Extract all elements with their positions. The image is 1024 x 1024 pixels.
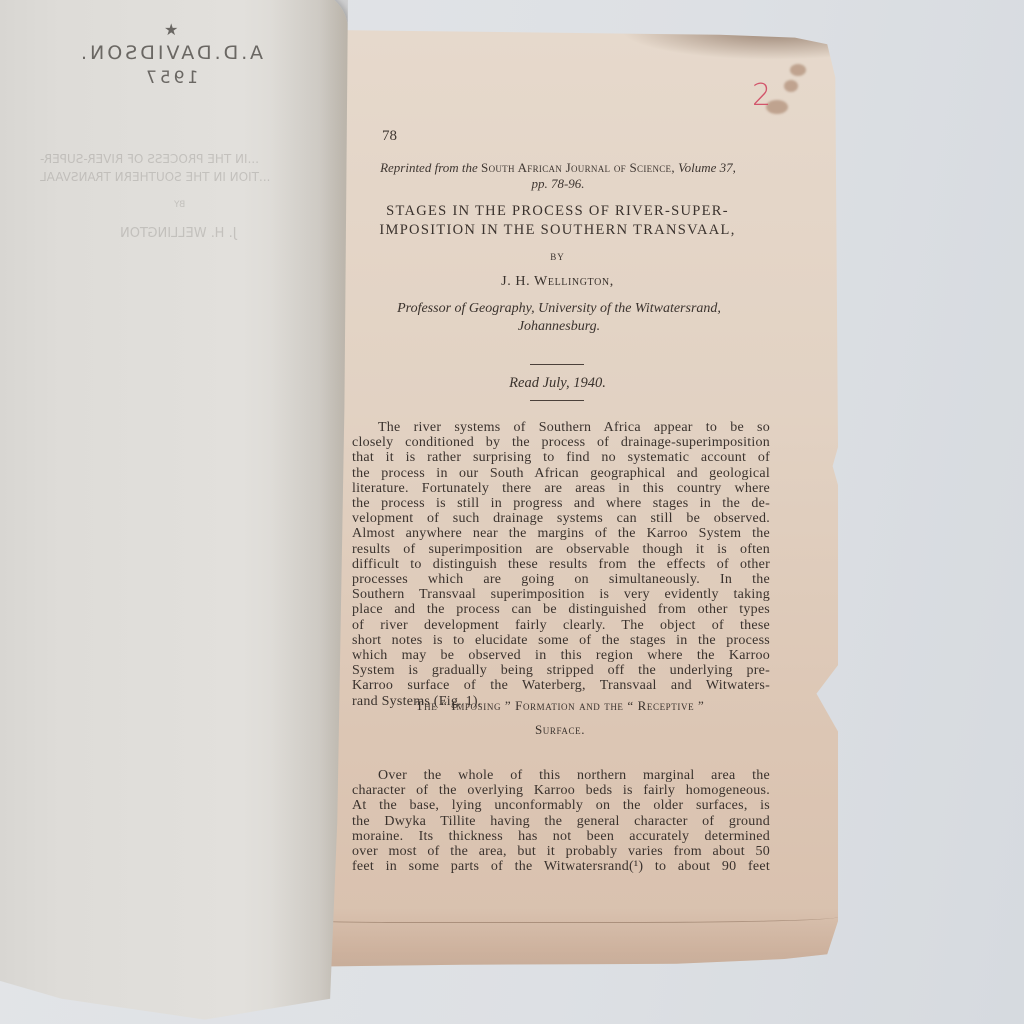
text-line: of river development fairly clearly. The… (352, 618, 770, 633)
text-line: the process in our South African geograp… (352, 466, 770, 481)
text-line: the process is still in progress and whe… (352, 496, 770, 511)
text-line: System is gradually being stripped off t… (352, 663, 770, 678)
volume: Volume 37, (678, 160, 736, 175)
text-line: place and the process can be distinguish… (352, 602, 770, 617)
text-line: short notes is to elucidate some of the … (352, 633, 770, 648)
article-title: STAGES IN THE PROCESS OF RIVER-SUPER- IM… (350, 202, 765, 240)
text-line: that it is rather surprising to find no … (352, 450, 770, 465)
show-through-text: ...TION IN THE SOUTHERN TRANSVAAL (40, 170, 270, 184)
section-heading: The “ Imposing ” Formation and the “ Rec… (350, 694, 770, 742)
right-page: 2 78 Reprinted from the South African Jo… (300, 30, 838, 978)
divider-rule (530, 364, 584, 365)
left-page: ★ A.D.DAVIDSON. 1957 ...IN THE PROCESS O… (0, 0, 348, 1024)
text-line: closely conditioned by the process of dr… (352, 435, 770, 450)
paragraph-1: The river systems of Southern Africa app… (352, 420, 770, 709)
title-line: STAGES IN THE PROCESS OF RIVER-SUPER- (350, 202, 765, 221)
text-line: the Dwyka Tillite having the general cha… (352, 814, 770, 829)
owner-stamp-name: A.D.DAVIDSON. (78, 42, 263, 64)
text-line: over most of the area, but it probably v… (352, 844, 770, 859)
text-line: moraine. Its thickness has not been accu… (352, 829, 770, 844)
torn-edge (300, 908, 838, 923)
text-line: processes which are going on simultaneou… (352, 572, 770, 587)
read-date: Read July, 1940. (350, 375, 765, 392)
text-line: Almost anywhere near the margins of the … (352, 526, 770, 541)
by-label: BY (350, 252, 765, 262)
author-affiliation: Professor of Geography, University of th… (344, 300, 774, 336)
stain-spot (790, 64, 806, 76)
show-through-text: BY (174, 200, 185, 210)
handwritten-number: 2 (752, 78, 771, 113)
stain-spot (784, 80, 798, 92)
text-line: which may be observed in this region whe… (352, 648, 770, 663)
text-line: feet in some parts of the Witwatersrand(… (352, 859, 770, 874)
text-line: literature. Fortunately there are areas … (352, 481, 770, 496)
page-number: 78 (382, 128, 397, 145)
text-line: Southern Transvaal superimposition is ve… (352, 587, 770, 602)
show-through-text: ...IN THE PROCESS OF RIVER-SUPER- (40, 152, 259, 166)
text-line: The river systems of Southern Africa app… (352, 420, 770, 435)
page-range: pp. 78-96. (531, 176, 584, 191)
text-line: Karroo surface of the Waterberg, Transva… (352, 678, 770, 693)
owner-stamp-year: 1957 (143, 68, 198, 88)
affiliation-line: Johannesburg. (344, 318, 774, 336)
text-line: Over the whole of this northern marginal… (352, 768, 770, 783)
text-line: character of the overlying Karroo beds i… (352, 783, 770, 798)
heading-line: The “ Imposing ” Formation and the “ Rec… (350, 694, 770, 718)
paragraph-2: Over the whole of this northern marginal… (352, 768, 770, 874)
journal-name: South African Journal of Science, (481, 160, 675, 175)
divider-rule (530, 400, 584, 401)
title-line: IMPOSITION IN THE SOUTHERN TRANSVAAL, (350, 221, 765, 240)
author-name: J. H. Wellington, (350, 274, 765, 290)
reprint-prefix: Reprinted from the (380, 160, 478, 175)
heading-line: Surface. (350, 718, 770, 742)
text-line: At the base, lying unconformably on the … (352, 798, 770, 813)
text-line: difficult to distinguish these results f… (352, 557, 770, 572)
show-through-text: J. H. WELLINGTON (120, 226, 237, 241)
reprint-note: Reprinted from the South African Journal… (342, 160, 774, 192)
text-line: results of superimposition are observabl… (352, 542, 770, 557)
affiliation-line: Professor of Geography, University of th… (344, 300, 774, 318)
text-line: velopment of such drainage systems can s… (352, 511, 770, 526)
star-icon: ★ (164, 20, 178, 39)
